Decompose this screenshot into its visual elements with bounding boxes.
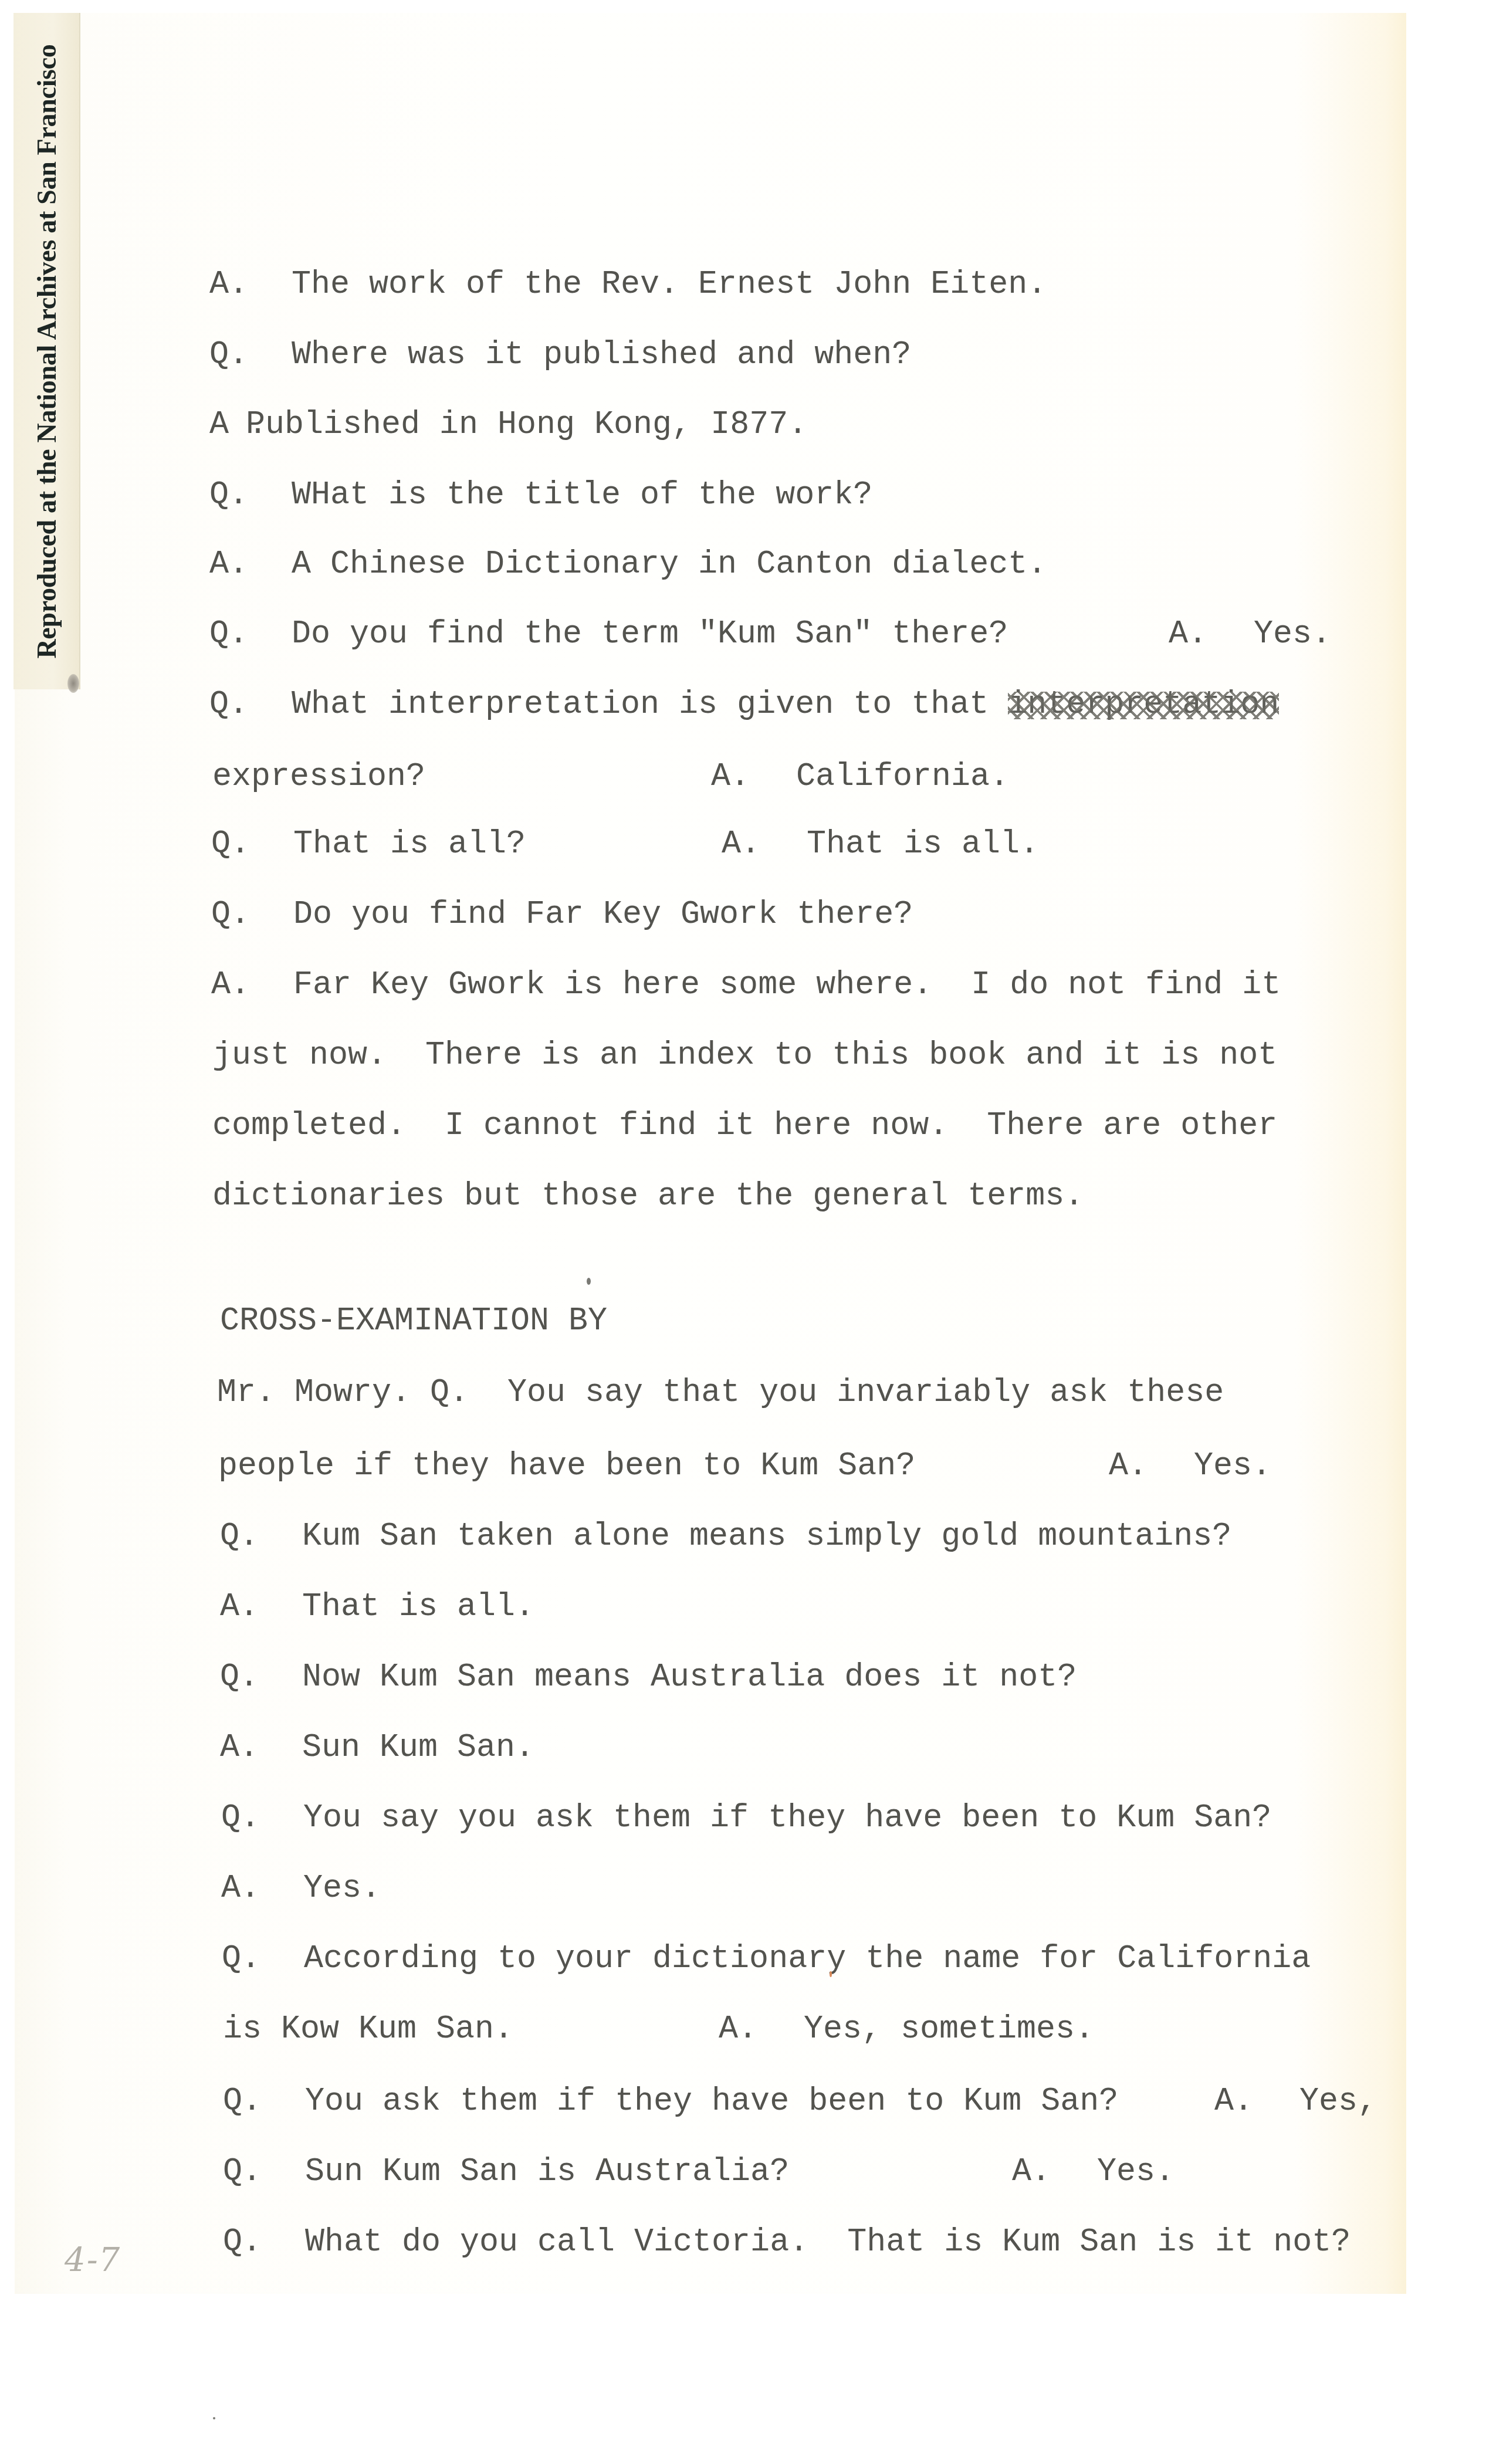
- question-label: Q.: [223, 2155, 262, 2188]
- transcript-line: Sun Kum San is Australia?: [305, 2155, 789, 2188]
- section-heading: CROSS-EXAMINATION BY: [220, 1305, 607, 1337]
- inline-answer: Yes, sometimes.: [804, 2013, 1094, 2045]
- line-text: That is all.: [302, 1588, 534, 1625]
- line-text: A Chinese Dictionary in Canton dialect.: [292, 546, 1047, 583]
- answer-label: A.: [711, 760, 750, 793]
- transcript-line: dictionaries but those are the general t…: [212, 1180, 1084, 1212]
- line-text: just now. There is an index to this book…: [212, 1037, 1277, 1074]
- transcript-line: That is all?: [293, 828, 526, 860]
- line-text: Do you find Far Key Gwork there?: [293, 896, 913, 933]
- question-label: Q.: [211, 828, 250, 860]
- inline-answer: Yes.: [1254, 618, 1331, 650]
- line-text: CROSS-EXAMINATION BY: [220, 1302, 607, 1339]
- line-text: completed. I cannot find it here now. Th…: [212, 1107, 1277, 1144]
- answer-label: A.: [1012, 2155, 1051, 2188]
- archive-stamp-text: Reproduced at the National Archives at S…: [31, 29, 62, 674]
- line-text: You say you ask them if they have been t…: [303, 1799, 1271, 1836]
- transcript-line: You ask them if they have been to Kum Sa…: [305, 2085, 1118, 2117]
- answer-label: A.: [1214, 2085, 1253, 2117]
- question-label: Q.: [223, 2085, 262, 2117]
- line-text: Where was it published and when?: [292, 336, 911, 373]
- inline-answer: Yes,: [1299, 2085, 1377, 2117]
- question-label: Q.: [222, 1942, 260, 1975]
- question-label: Q.: [209, 479, 248, 511]
- transcript-line: Do you find the term "Kum San" there?: [292, 618, 1008, 650]
- answer-label: A.: [209, 268, 248, 300]
- question-label: Q.: [220, 1520, 259, 1552]
- archive-stamp: Reproduced at the National Archives at S…: [13, 13, 80, 689]
- question-label: Q.: [221, 1802, 260, 1834]
- transcript-line: That is all.: [302, 1590, 534, 1623]
- transcript-line: Published in Hong Kong, I877.: [246, 408, 807, 441]
- answer-label: A.: [221, 1872, 260, 1904]
- transcript-line: Kum San taken alone means simply gold mo…: [302, 1520, 1231, 1552]
- transcript-line: What do you call Victoria. That is Kum S…: [305, 2226, 1351, 2258]
- line-text: What do you call Victoria. That is Kum S…: [305, 2223, 1351, 2260]
- transcript-line: just now. There is an index to this book…: [212, 1039, 1277, 1071]
- inline-answer: Yes.: [1097, 2155, 1175, 2188]
- struck-out-word: interpretation: [1008, 686, 1279, 723]
- line-text: Do you find the term "Kum San" there?: [292, 615, 1008, 652]
- transcript-line: You say you ask them if they have been t…: [303, 1802, 1271, 1834]
- inline-answer: California.: [796, 760, 1009, 793]
- line-text: dictionaries but those are the general t…: [212, 1177, 1084, 1214]
- answer-label: A.: [220, 1590, 259, 1623]
- answer-label: A.: [209, 548, 248, 580]
- ink-speck: [213, 2417, 215, 2419]
- transcript-line: What interpretation is given to that int…: [292, 688, 1279, 720]
- answer-label: A.: [220, 1731, 259, 1764]
- transcript-line: According to your dictionary the name fo…: [304, 1942, 1311, 1975]
- line-text: people if they have been to Kum San?: [218, 1447, 915, 1484]
- transcript-line: The work of the Rev. Ernest John Eiten.: [292, 268, 1047, 300]
- transcript-line: Yes.: [303, 1872, 381, 1904]
- question-label: Q.: [209, 339, 248, 371]
- transcript-line: WHat is the title of the work?: [292, 479, 872, 511]
- transcript-line: Mr. Mowry. Q. You say that you invariabl…: [217, 1376, 1224, 1409]
- transcript-line: people if they have been to Kum San?: [218, 1450, 915, 1482]
- question-label: Q.: [220, 1661, 259, 1693]
- line-text: Yes.: [303, 1870, 381, 1907]
- tape-blot: [67, 674, 79, 693]
- question-label: Q.: [209, 618, 248, 650]
- transcript-line: expression?: [212, 760, 425, 793]
- ink-speck: [587, 1278, 591, 1285]
- line-text: According to your dictionary the name fo…: [304, 1940, 1311, 1977]
- question-label: Q.: [209, 688, 248, 720]
- answer-label: A.: [1109, 1450, 1148, 1482]
- transcript-line: Now Kum San means Australia does it not?: [302, 1661, 1077, 1693]
- transcript-line: is Kow Kum San.: [223, 2013, 513, 2045]
- line-text: Sun Kum San.: [302, 1729, 534, 1766]
- line-text: Far Key Gwork is here some where. I do n…: [293, 966, 1281, 1003]
- transcript-line: A Chinese Dictionary in Canton dialect.: [292, 548, 1047, 580]
- transcript-line: completed. I cannot find it here now. Th…: [212, 1109, 1277, 1142]
- line-text: expression?: [212, 758, 425, 795]
- inline-answer: That is all.: [807, 828, 1039, 860]
- line-text: What interpretation is given to that: [292, 686, 1008, 723]
- transcript-line: Far Key Gwork is here some where. I do n…: [293, 969, 1281, 1001]
- line-text: Kum San taken alone means simply gold mo…: [302, 1518, 1231, 1555]
- answer-label: A.: [722, 828, 760, 860]
- ink-speck: [830, 1971, 832, 1977]
- line-text: The work of the Rev. Ernest John Eiten.: [292, 266, 1047, 303]
- transcript-line: Where was it published and when?: [292, 339, 911, 371]
- line-text: Sun Kum San is Australia?: [305, 2153, 789, 2190]
- line-text: WHat is the title of the work?: [292, 476, 872, 513]
- question-label: Q.: [211, 898, 250, 930]
- answer-label: A.: [211, 969, 250, 1001]
- handwritten-page-mark: 4-7: [65, 2241, 121, 2279]
- answer-label: A.: [1169, 618, 1207, 650]
- line-text: is Kow Kum San.: [223, 2011, 513, 2047]
- inline-answer: Yes.: [1194, 1450, 1271, 1482]
- line-text: Published in Hong Kong, I877.: [246, 406, 807, 443]
- line-text: That is all?: [293, 825, 526, 862]
- transcript-line: Do you find Far Key Gwork there?: [293, 898, 913, 930]
- answer-label: A.: [719, 2013, 757, 2045]
- question-label: Q.: [223, 2226, 262, 2258]
- transcript-line: Sun Kum San.: [302, 1731, 534, 1764]
- line-text: Mr. Mowry. Q. You say that you invariabl…: [217, 1374, 1224, 1411]
- line-text: Now Kum San means Australia does it not?: [302, 1659, 1077, 1695]
- line-text: You ask them if they have been to Kum Sa…: [305, 2083, 1118, 2120]
